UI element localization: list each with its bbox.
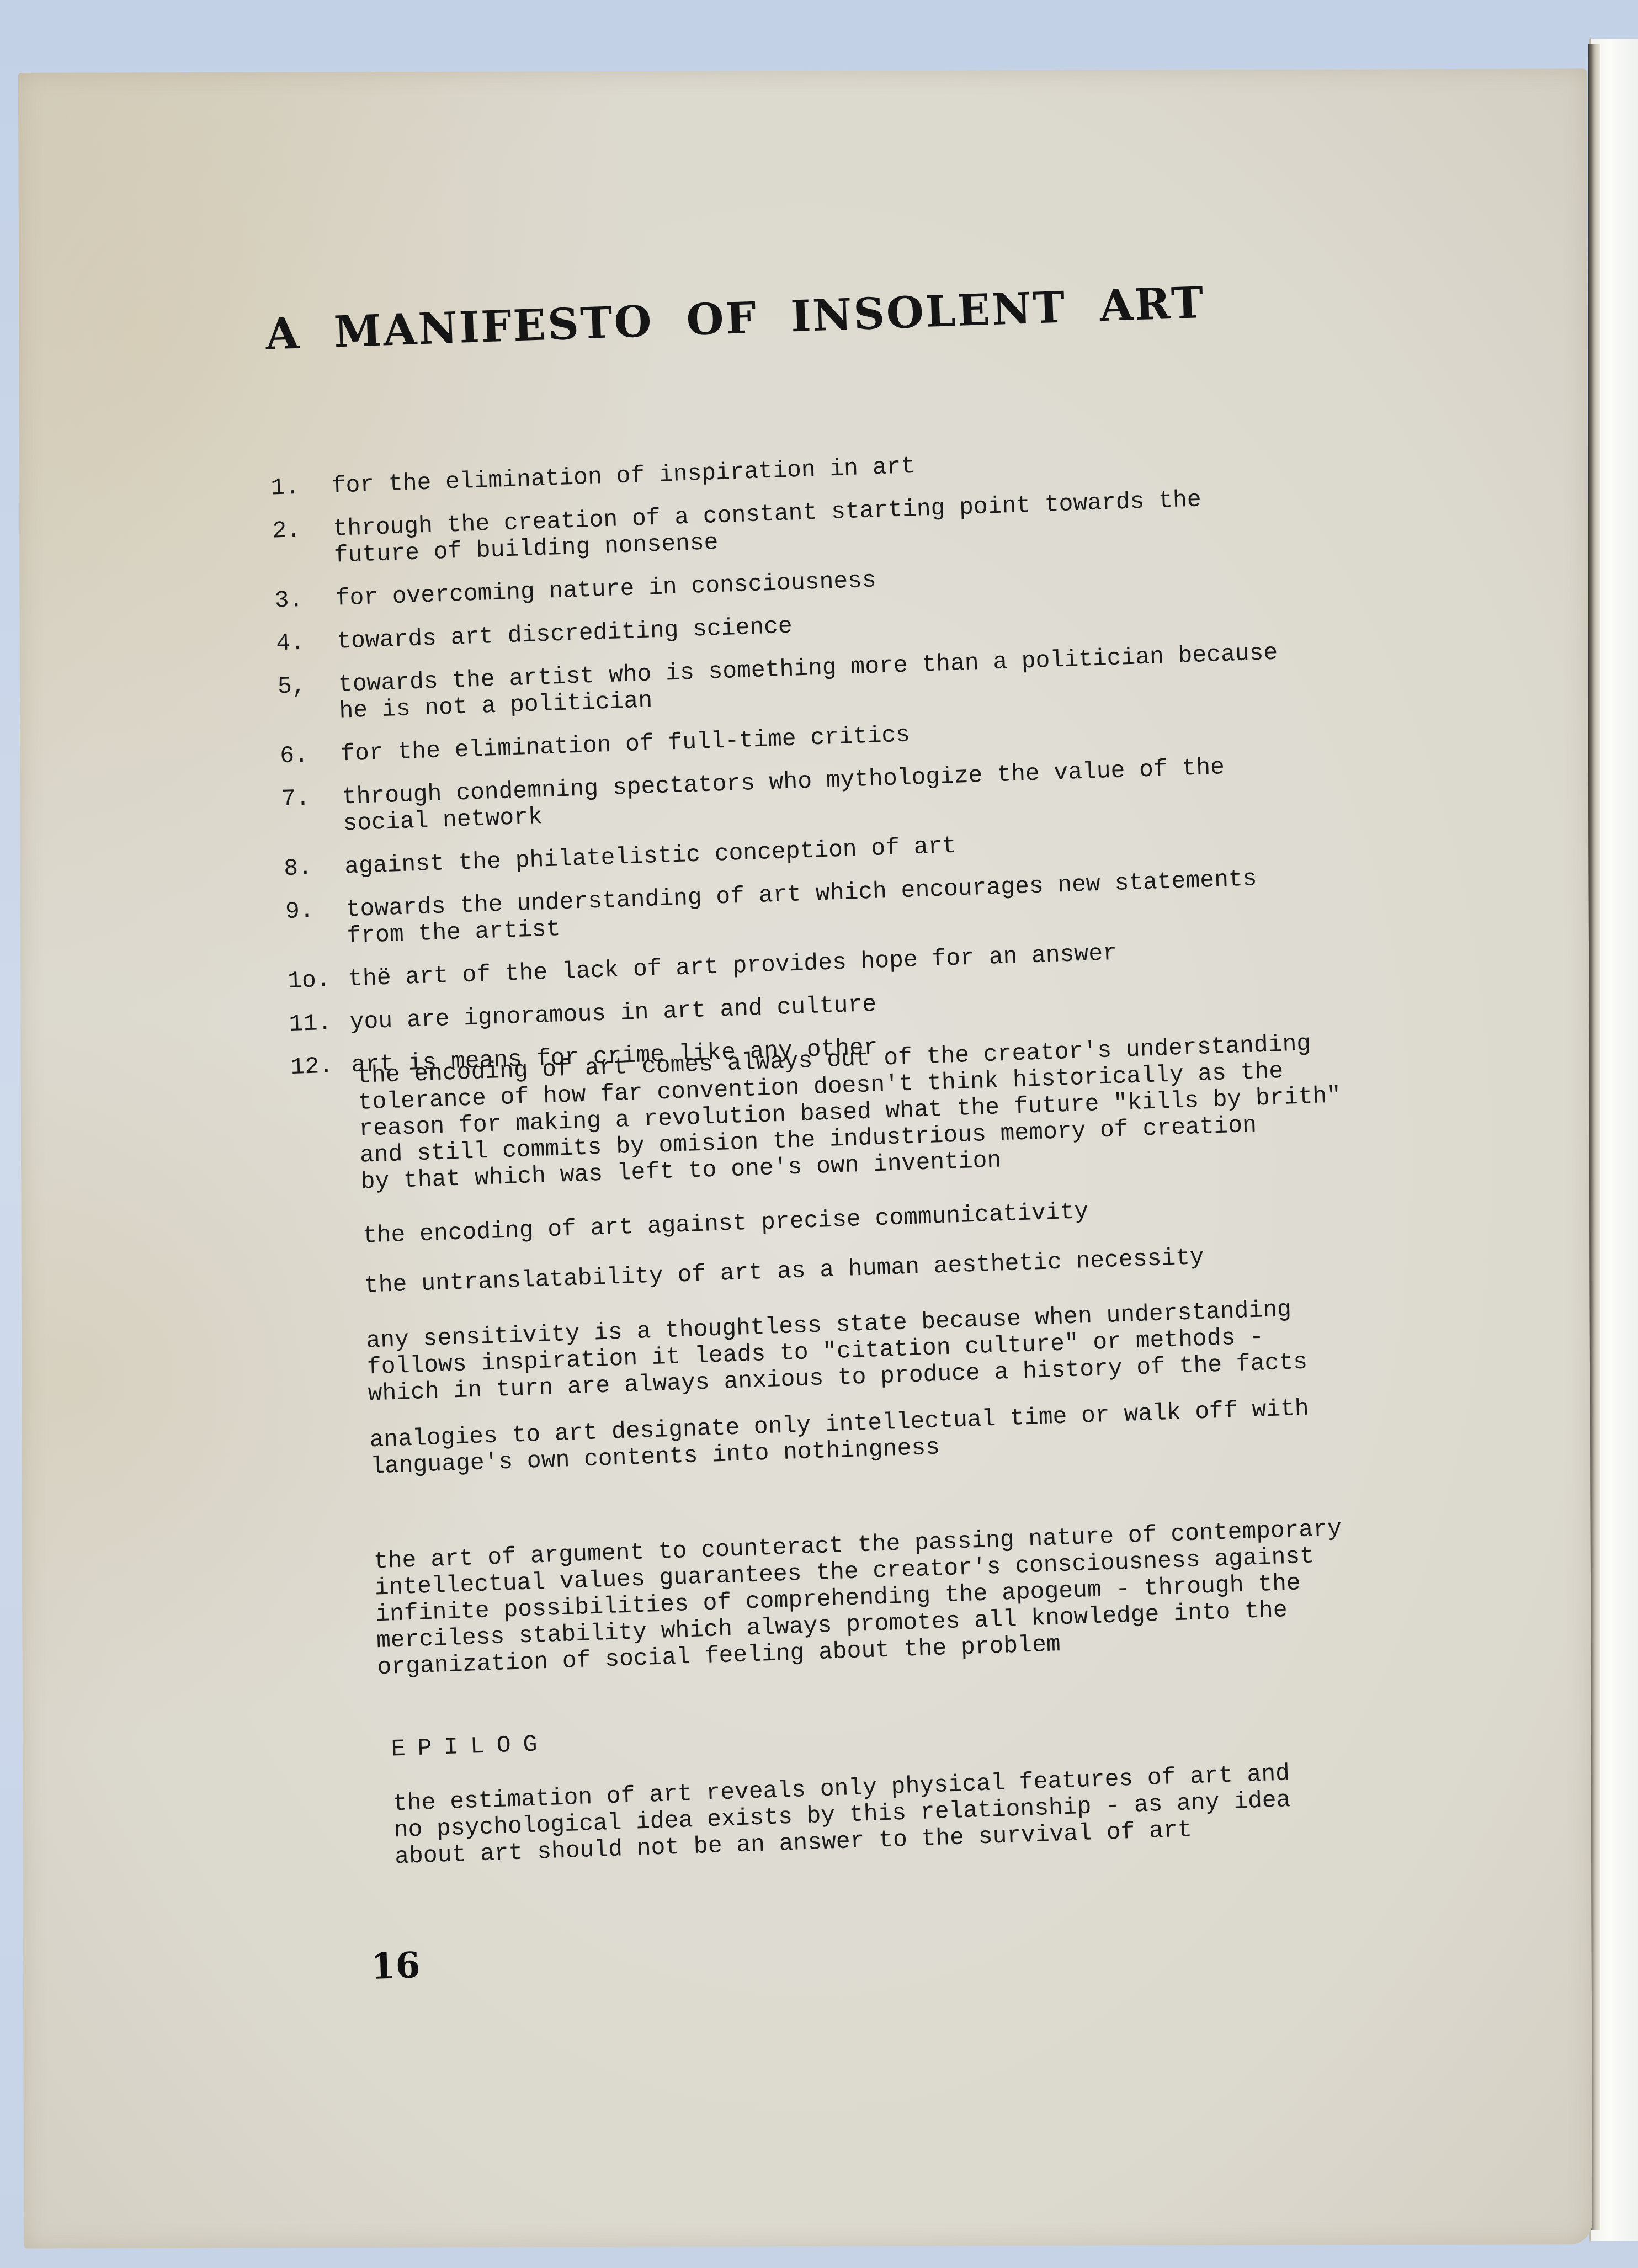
booklet-page: A MANIFESTO OF INSOLENT ART 1.for the el… — [18, 68, 1592, 2248]
item-number: 7. — [281, 784, 343, 840]
epilog-heading: EPILOG — [391, 1730, 550, 1763]
item-number: 1. — [270, 473, 332, 502]
item-number: 1o. — [287, 966, 349, 995]
item-number: 8. — [284, 853, 345, 882]
item-number: 12. — [290, 1052, 352, 1081]
paragraph-analogies: analogies to art designate only intellec… — [369, 1389, 1502, 1480]
paragraph-sensitivity: any sensitivity is a thoughtless state b… — [366, 1289, 1499, 1407]
paragraph-untranslatability: the untranslatability of art as a human … — [364, 1234, 1495, 1299]
item-number: 6. — [280, 741, 342, 770]
manifesto-list: 1.for the elimination of inspiration in … — [270, 435, 1450, 1097]
manifesto-title: A MANIFESTO OF INSOLENT ART — [265, 278, 1206, 360]
item-number: 4. — [276, 629, 338, 657]
paragraph-argument: the art of argument to counteract the pa… — [373, 1510, 1508, 1681]
item-number: 5, — [277, 672, 339, 727]
item-number: 11. — [289, 1009, 350, 1038]
page-content: A MANIFESTO OF INSOLENT ART 1.for the el… — [0, 44, 1638, 2268]
item-number: 3. — [274, 586, 336, 614]
page-number: 16 — [370, 1945, 421, 1988]
item-number: 9. — [285, 896, 347, 952]
item-number: 2. — [272, 516, 334, 571]
epilog-text: the estimation of art reveals only physi… — [392, 1752, 1526, 1871]
